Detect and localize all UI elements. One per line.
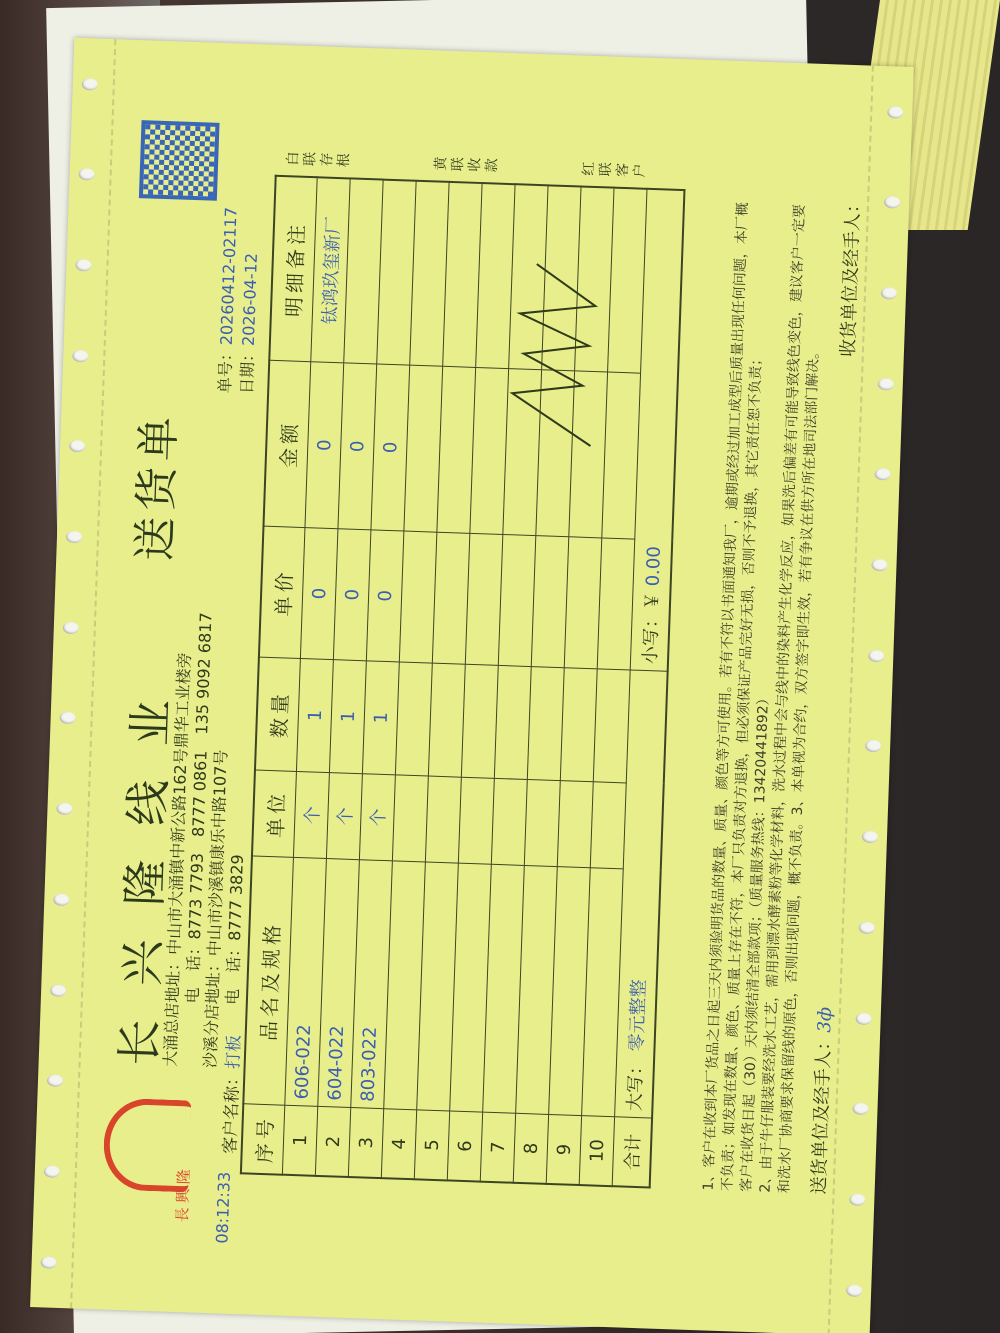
delivery-receipt: 長興隆 长兴隆线业 送货单 大涌总店地址：中山市大涌镇中新公路162号鼎华工业楼…: [30, 38, 914, 1333]
document-date: 日期：2026-04-12: [234, 253, 262, 395]
brand-text: 長興隆: [171, 1165, 194, 1223]
qr-code-icon: [139, 120, 220, 201]
col-header-unit: 单位: [252, 770, 296, 858]
handwritten-signature: [490, 243, 627, 457]
copy-labels: 白联存根 黄联收款 红联客户: [285, 141, 730, 180]
sender-signature: 送货单位及经手人：3ф: [805, 1006, 838, 1194]
copy-label-yellow: 黄联收款: [433, 146, 502, 172]
col-header-qty: 数量: [255, 657, 300, 771]
col-header-amount: 金额: [263, 360, 310, 528]
col-header-no: 序号: [241, 1104, 285, 1175]
copy-label-white: 白联存根: [285, 141, 354, 167]
col-header-note: 明细备注: [269, 176, 317, 362]
receipt-photo: 長興隆 长兴隆线业 送货单 大涌总店地址：中山市大涌镇中新公路162号鼎华工业楼…: [52, 52, 892, 1322]
col-header-price: 单价: [259, 526, 305, 658]
company-logo: 長興隆: [101, 1099, 195, 1222]
print-time: 08:12:33: [212, 1171, 233, 1243]
document-title: 送货单: [118, 410, 187, 562]
copy-label-red: 红联客户: [581, 152, 650, 178]
receiver-signature: 收货单位及经手人：: [834, 195, 866, 358]
total-label: 合计: [612, 1117, 652, 1188]
